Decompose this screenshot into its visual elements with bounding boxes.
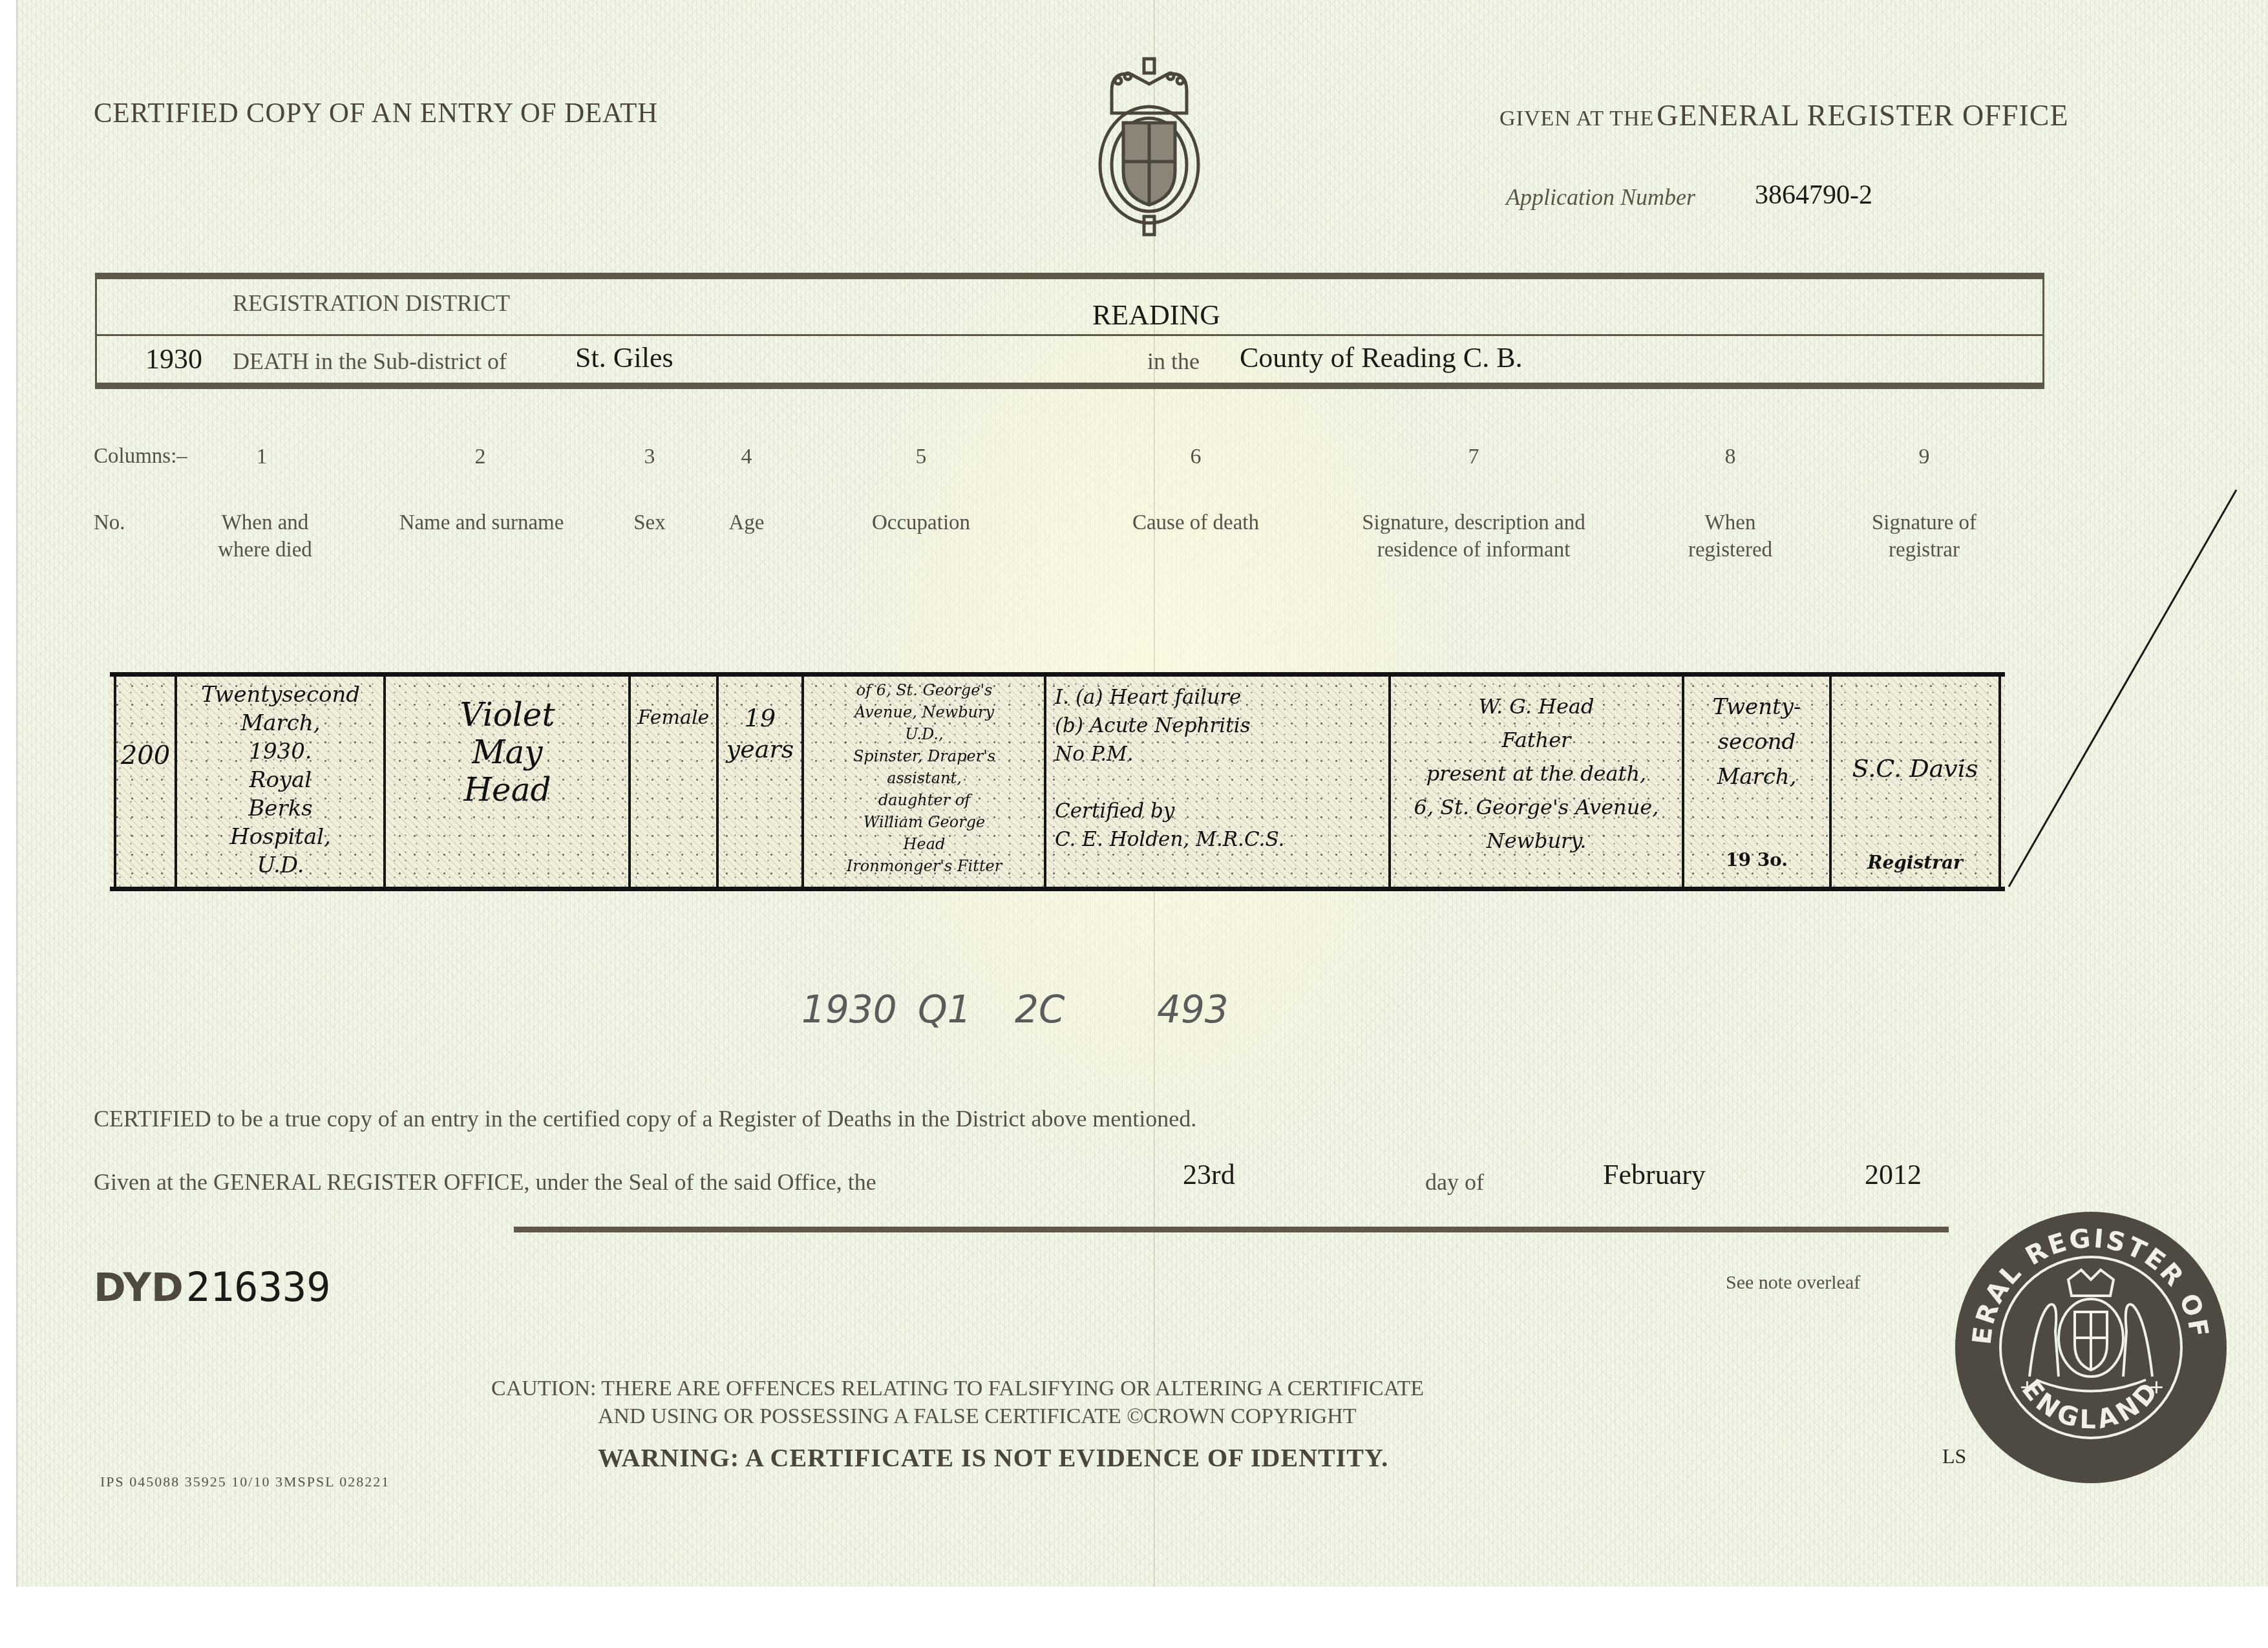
general-register-office-seal-icon: GENERAL REGISTER OFFICE ENGLAND + + bbox=[1952, 1209, 2230, 1486]
day-of-label: day of bbox=[1425, 1168, 1484, 1196]
serial-prefix: DYD bbox=[94, 1265, 184, 1311]
serial-number: 216339 bbox=[186, 1263, 331, 1311]
index-quarter: Q1 bbox=[918, 988, 971, 1031]
index-page: 493 bbox=[1157, 988, 1229, 1031]
issue-month: February bbox=[1603, 1158, 1706, 1191]
caution-line-2: AND USING OR POSSESSING A FALSE CERTIFIC… bbox=[598, 1404, 1357, 1429]
svg-text:+: + bbox=[2020, 1373, 2035, 1402]
print-code: IPS 045088 35925 10/10 3MSPSL 028221 bbox=[100, 1474, 390, 1490]
issue-year: 2012 bbox=[1865, 1158, 1922, 1191]
svg-text:+: + bbox=[2149, 1373, 2164, 1402]
given-statement: Given at the GENERAL REGISTER OFFICE, un… bbox=[94, 1168, 876, 1196]
identity-warning: WARNING: A CERTIFICATE IS NOT EVIDENCE O… bbox=[598, 1442, 1388, 1473]
index-volume: 2C bbox=[1015, 988, 1065, 1031]
index-year: 1930 bbox=[801, 988, 897, 1031]
signature-rule bbox=[514, 1227, 1949, 1232]
issue-day: 23rd bbox=[1183, 1158, 1235, 1191]
certificate-serial: DYD 216339 bbox=[94, 1263, 331, 1311]
see-note-overleaf: See note overleaf bbox=[1726, 1272, 1860, 1294]
certified-statement: CERTIFIED to be a true copy of an entry … bbox=[94, 1105, 1196, 1132]
caution-line-1: CAUTION: THERE ARE OFFENCES RELATING TO … bbox=[491, 1377, 1424, 1401]
